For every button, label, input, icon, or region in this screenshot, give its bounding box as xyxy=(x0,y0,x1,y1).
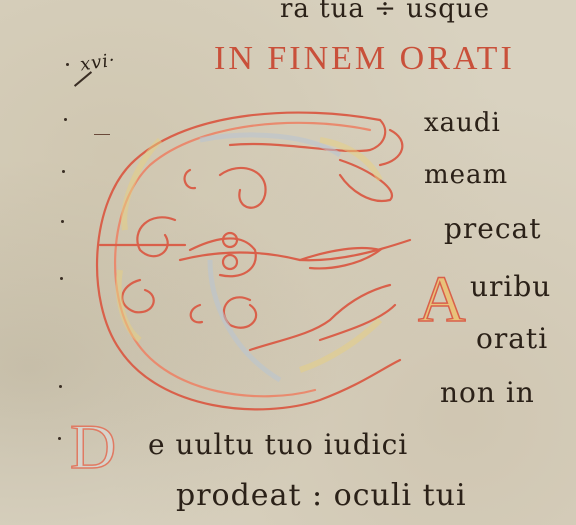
pricking-hole xyxy=(60,277,63,280)
pricking-hole xyxy=(64,118,67,121)
text-line-10: prodeat : oculi tui xyxy=(176,478,467,513)
pricking-hole xyxy=(58,437,61,440)
text-line-9: e uultu tuo iudici xyxy=(148,428,408,461)
initial-a: A xyxy=(418,262,466,338)
text-line-7: orati xyxy=(476,322,548,355)
pricking-hole xyxy=(62,170,65,173)
text-line-1: ra tua ÷ usque xyxy=(280,0,490,24)
margin-numeral: xvi· xyxy=(79,50,117,76)
initial-d: D xyxy=(70,410,116,484)
text-line-8: non in xyxy=(440,376,535,409)
text-line-4: meam xyxy=(424,160,508,190)
manuscript-page: xvi· ra tua ÷ usque IN FINEM ORATI xaudi… xyxy=(0,0,576,525)
decorated-initial-e xyxy=(80,100,420,420)
pricking-hole xyxy=(61,220,64,223)
pricking-hole xyxy=(66,63,69,66)
rubric-heading: IN FINEM ORATI xyxy=(214,40,515,78)
text-line-6: uribu xyxy=(470,270,551,303)
text-line-5: precat xyxy=(444,212,542,245)
text-line-3: xaudi xyxy=(424,108,501,138)
pricking-hole xyxy=(59,385,62,388)
